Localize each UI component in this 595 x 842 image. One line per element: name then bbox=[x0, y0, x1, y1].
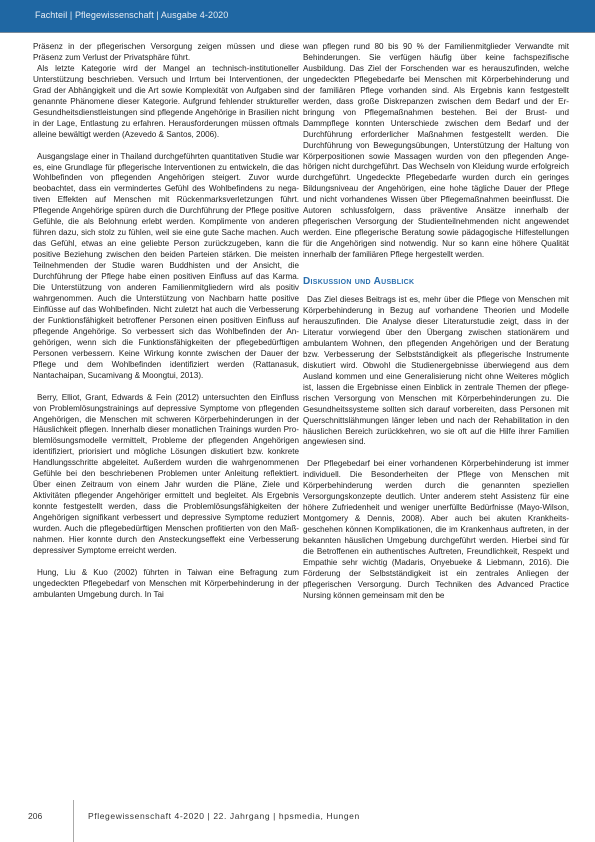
body-paragraph: Ausgangslage einer in Thailand durchgefü… bbox=[33, 152, 299, 382]
footer-journal-info: Pflegewissenschaft 4-2020 | 22. Jahrgang… bbox=[88, 811, 360, 821]
body-paragraph: Das Ziel dieses Beitrags ist es, mehr üb… bbox=[303, 295, 569, 448]
body-paragraph: Präsenz in der pflegerischen Versorgung … bbox=[33, 42, 299, 64]
body-paragraph: Der Pflegebedarf bei einer vorhandenen K… bbox=[303, 459, 569, 601]
footer-divider bbox=[73, 800, 74, 842]
body-paragraph: Hung, Liu & Kuo (2002) führten in Taiwan… bbox=[33, 568, 299, 601]
body-paragraph: Berry, Elliot, Grant, Edwards & Fein (20… bbox=[33, 393, 299, 557]
section-heading-discussion: Diskussion und Ausblick bbox=[303, 275, 569, 289]
page-number: 206 bbox=[28, 811, 42, 821]
body-paragraph: Als letzte Kategorie wird der Mangel an … bbox=[33, 64, 299, 141]
running-header-band: Fachteil | Pflegewissenschaft | Ausgabe … bbox=[0, 0, 595, 33]
right-text-column: wan pflegen rund 80 bis 90 % der Familie… bbox=[303, 42, 569, 602]
left-text-column: Präsenz in der pflegerischen Versorgung … bbox=[33, 42, 299, 601]
running-header-title: Fachteil | Pflegewissenschaft | Ausgabe … bbox=[35, 10, 228, 20]
body-paragraph: wan pflegen rund 80 bis 90 % der Familie… bbox=[303, 42, 569, 261]
